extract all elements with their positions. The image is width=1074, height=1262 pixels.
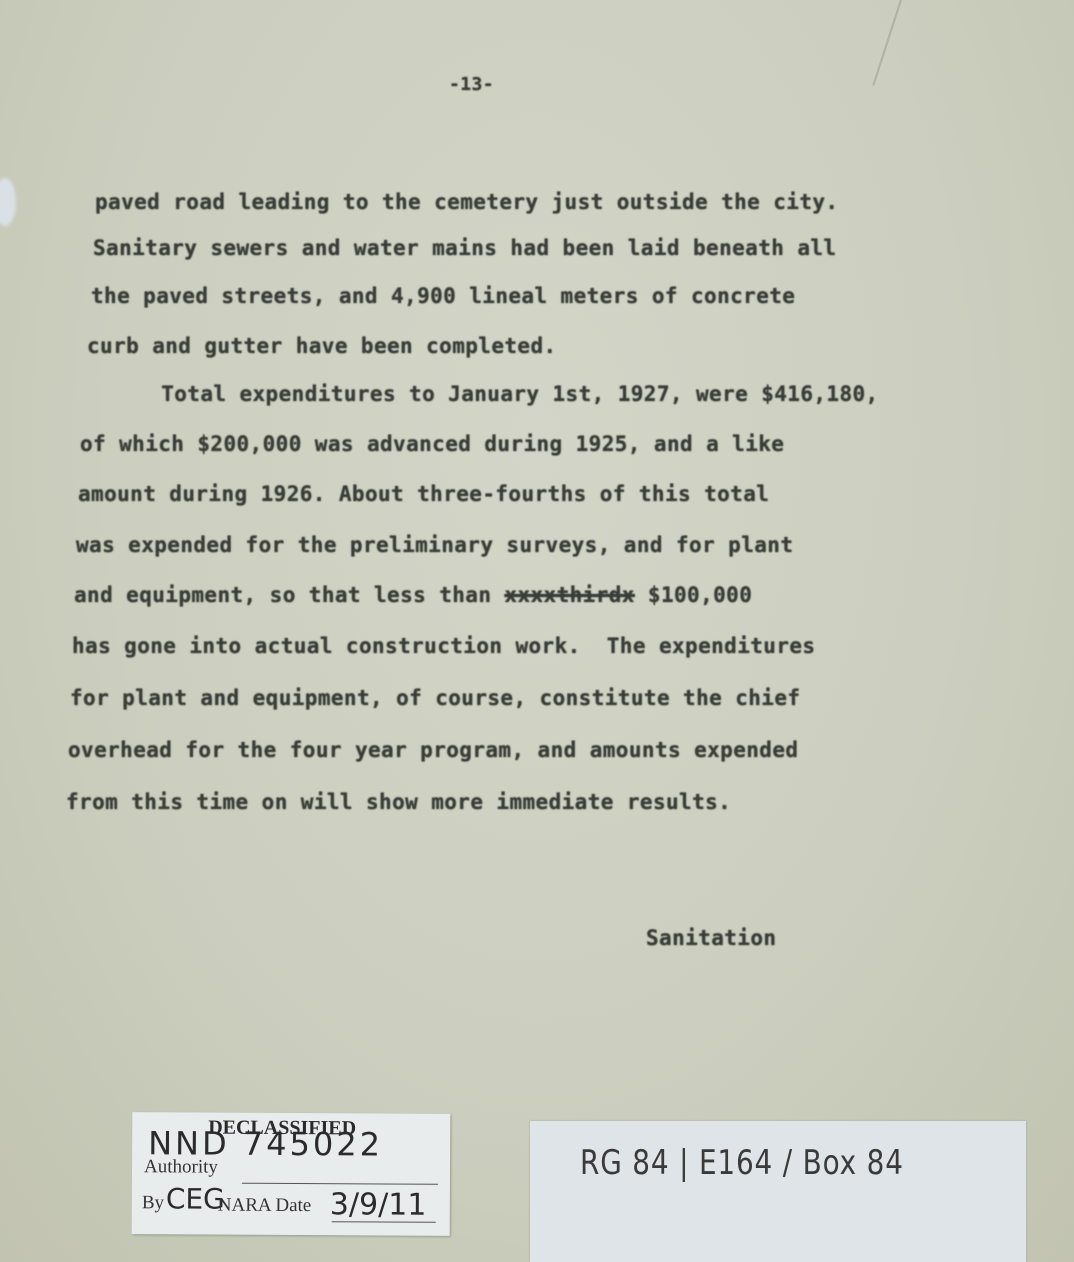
body-line: Total expenditures to January 1st, 1927,…	[96, 382, 879, 406]
document-page: -13- paved road leading to the cemetery …	[0, 0, 1074, 1262]
body-line: amount during 1926. About three-fourths …	[78, 482, 769, 506]
by-label: By	[142, 1192, 164, 1214]
body-line: overhead for the four year program, and …	[68, 738, 798, 762]
declassified-stamp: DECLASSIFIED Authority NND 745022 By CEG…	[132, 1112, 451, 1236]
body-line-start: and equipment, so that less than	[74, 583, 504, 607]
page-number: -13-	[449, 74, 494, 95]
by-value: CEG	[166, 1182, 225, 1215]
body-line: for plant and equipment, of course, cons…	[70, 686, 800, 710]
archive-label-text: RG 84 | E164 / Box 84	[580, 1143, 904, 1183]
date-value: 3/9/11	[330, 1187, 427, 1223]
date-underline	[332, 1221, 436, 1223]
authority-underline	[242, 1183, 438, 1185]
body-line: has gone into actual construction work. …	[72, 634, 815, 658]
body-line-end: $100,000	[635, 583, 752, 607]
paper-crease	[872, 0, 902, 86]
struck-text: xxxxthirdx	[504, 583, 634, 607]
nara-date-label: NARA Date	[218, 1195, 312, 1217]
punch-hole	[0, 178, 16, 226]
body-line: of which $200,000 was advanced during 19…	[80, 432, 784, 456]
archive-label-card: RG 84 | E164 / Box 84	[530, 1121, 1026, 1262]
body-line: Sanitary sewers and water mains had been…	[93, 236, 836, 260]
section-heading: Sanitation	[646, 926, 776, 950]
body-line: paved road leading to the cemetery just …	[95, 190, 838, 214]
body-line: curb and gutter have been completed.	[87, 334, 557, 358]
authority-value: NND 745022	[148, 1124, 383, 1163]
body-line: the paved streets, and 4,900 lineal mete…	[91, 284, 795, 308]
body-line: and equipment, so that less than xxxxthi…	[74, 583, 752, 607]
body-line: from this time on will show more immedia…	[66, 790, 731, 814]
body-line: was expended for the preliminary surveys…	[76, 533, 793, 557]
